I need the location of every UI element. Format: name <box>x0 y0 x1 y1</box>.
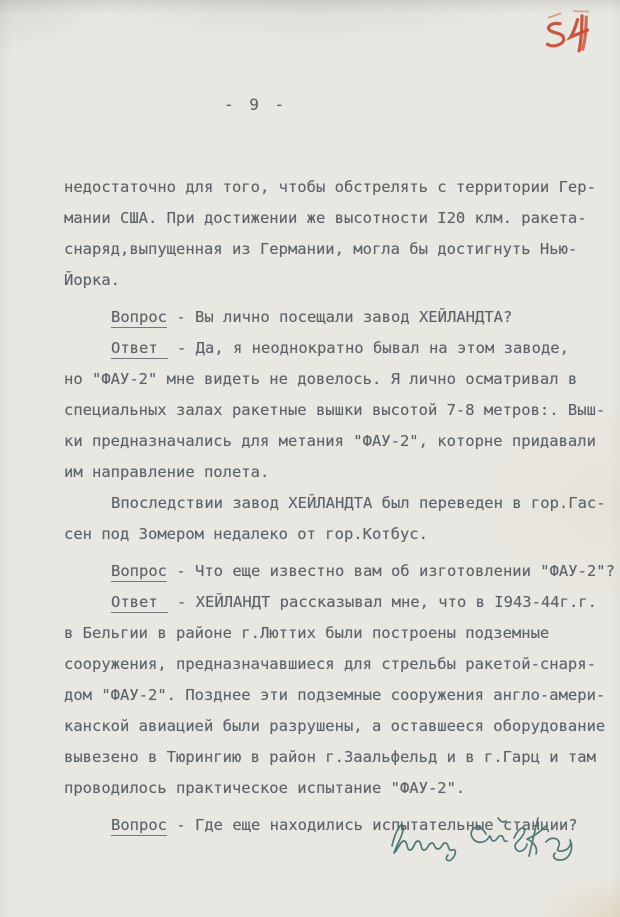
typed-line: вывезено в Тюрингию в район г.Заальфельд… <box>64 742 606 773</box>
typed-line: им направление полета. <box>64 457 606 488</box>
signature-icon <box>386 810 582 874</box>
typed-line: ки предназначались для метания "ФАУ-2", … <box>64 426 606 457</box>
question-line: Вопрос - Вы лично посещали завод ХЕЙЛАНД… <box>64 302 606 333</box>
answer-label: Ответ <box>111 339 168 359</box>
typed-line: снаряд,выпущенная из Германии, могла бы … <box>64 234 606 265</box>
document-body: недостаточно для того, чтобы обстрелять … <box>64 172 606 841</box>
answer-text: - ХЕЙЛАНДТ рассказывал мне, что в I943-4… <box>168 593 597 611</box>
answer-line: Ответ - ХЕЙЛАНДТ рассказывал мне, что в … <box>64 587 606 618</box>
answer-text: - Да, я неоднократно бывал на этом завод… <box>168 339 569 357</box>
typed-line: дом "ФАУ-2". Позднее эти подземные соору… <box>64 680 606 711</box>
typed-line: проводилось практическое испытание "ФАУ-… <box>64 773 606 804</box>
typed-line: канской авиацией были разрушены, а остав… <box>64 711 606 742</box>
question-label: Вопрос <box>111 562 167 582</box>
corner-sheet-number <box>536 6 606 62</box>
typed-line: недостаточно для того, чтобы обстрелять … <box>64 172 606 203</box>
document-page: - 9 - недостаточно для того, чтобы обстр… <box>0 0 620 917</box>
typed-line: в Бельгии в районе г.Люттих были построе… <box>64 618 606 649</box>
answer-label: Ответ <box>111 593 168 613</box>
question-text: - Вы лично посещали завод ХЕЙЛАНДТА? <box>167 308 512 326</box>
typed-line: Йорка. <box>64 265 606 296</box>
question-label: Вопрос <box>111 816 167 836</box>
question-text: - Что еще известно вам об изготовлении "… <box>167 562 615 580</box>
typed-line: но "ФАУ-2" мне видеть не довелось. Я лич… <box>64 364 606 395</box>
typed-line: мании США. При достижении же высотности … <box>64 203 606 234</box>
typed-line: Впоследствии завод ХЕЙЛАНДТА был перевед… <box>64 488 606 519</box>
red-handwritten-54-icon <box>536 6 606 62</box>
typed-line: сооружения, предназначавшиеся для стрель… <box>64 649 606 680</box>
typed-line: сен под Зомером недалеко от гор.Котбус. <box>64 519 606 550</box>
typed-line: специальных залах ракетные вышки высотой… <box>64 395 606 426</box>
question-line: Вопрос - Что еще известно вам об изготов… <box>64 556 606 587</box>
signature-handwriting <box>386 810 582 874</box>
answer-line: Ответ - Да, я неоднократно бывал на этом… <box>64 333 606 364</box>
question-label: Вопрос <box>111 308 167 328</box>
page-number: - 9 - <box>224 95 287 114</box>
